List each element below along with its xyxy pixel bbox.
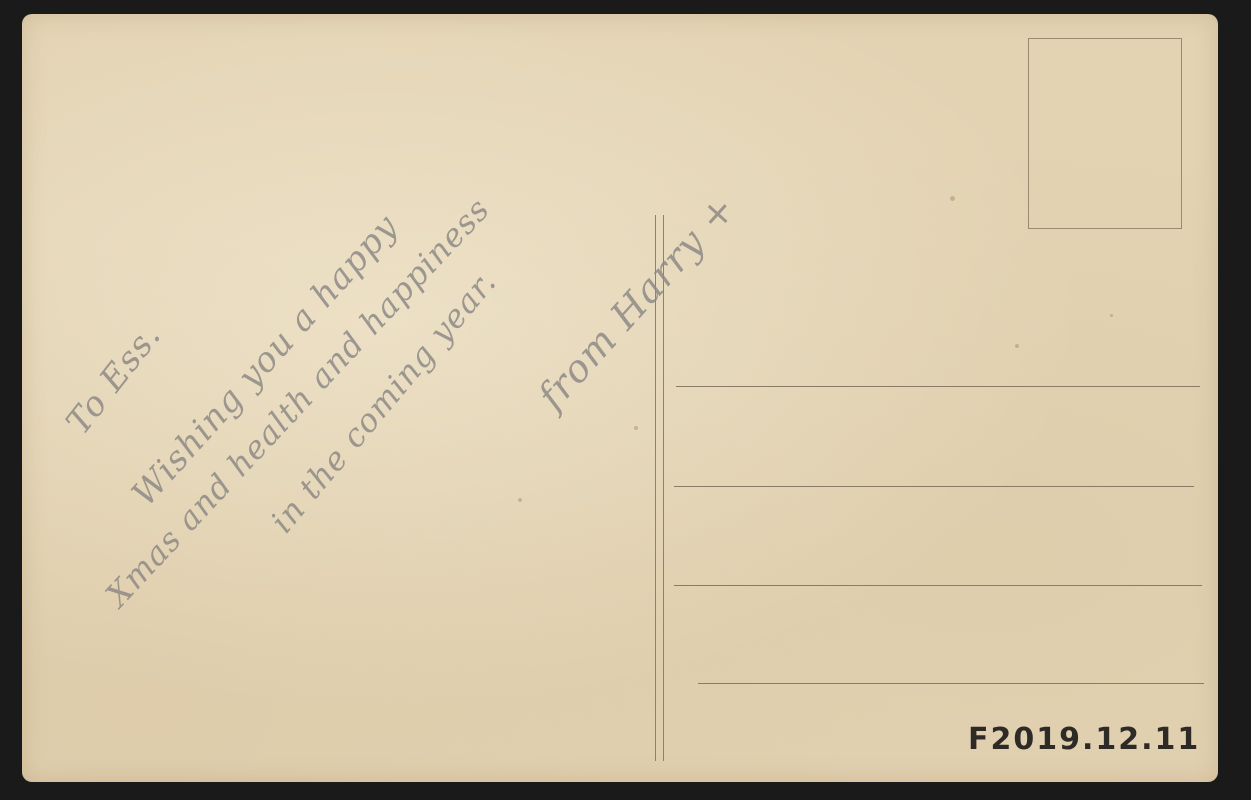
stamp-placement-box [1028, 38, 1182, 229]
paper-speck [634, 426, 638, 430]
handwritten-line-2: Xmas and health and happiness [98, 190, 497, 614]
paper-speck [1110, 314, 1113, 317]
handwritten-salutation: To Ess. [58, 316, 169, 442]
address-line-3 [674, 585, 1202, 586]
address-line-4 [698, 683, 1204, 684]
paper-speck [950, 196, 955, 201]
handwritten-signature: from Harry + [529, 186, 744, 418]
postcard-back: To Ess. Wishing you a happy Xmas and hea… [22, 14, 1218, 782]
paper-speck [518, 498, 522, 502]
accession-number: F2019.12.11 [968, 722, 1200, 757]
address-line-1 [676, 386, 1200, 387]
address-line-2 [674, 486, 1194, 487]
handwritten-line-1: Wishing you a happy [124, 207, 406, 514]
paper-speck [1015, 344, 1019, 348]
